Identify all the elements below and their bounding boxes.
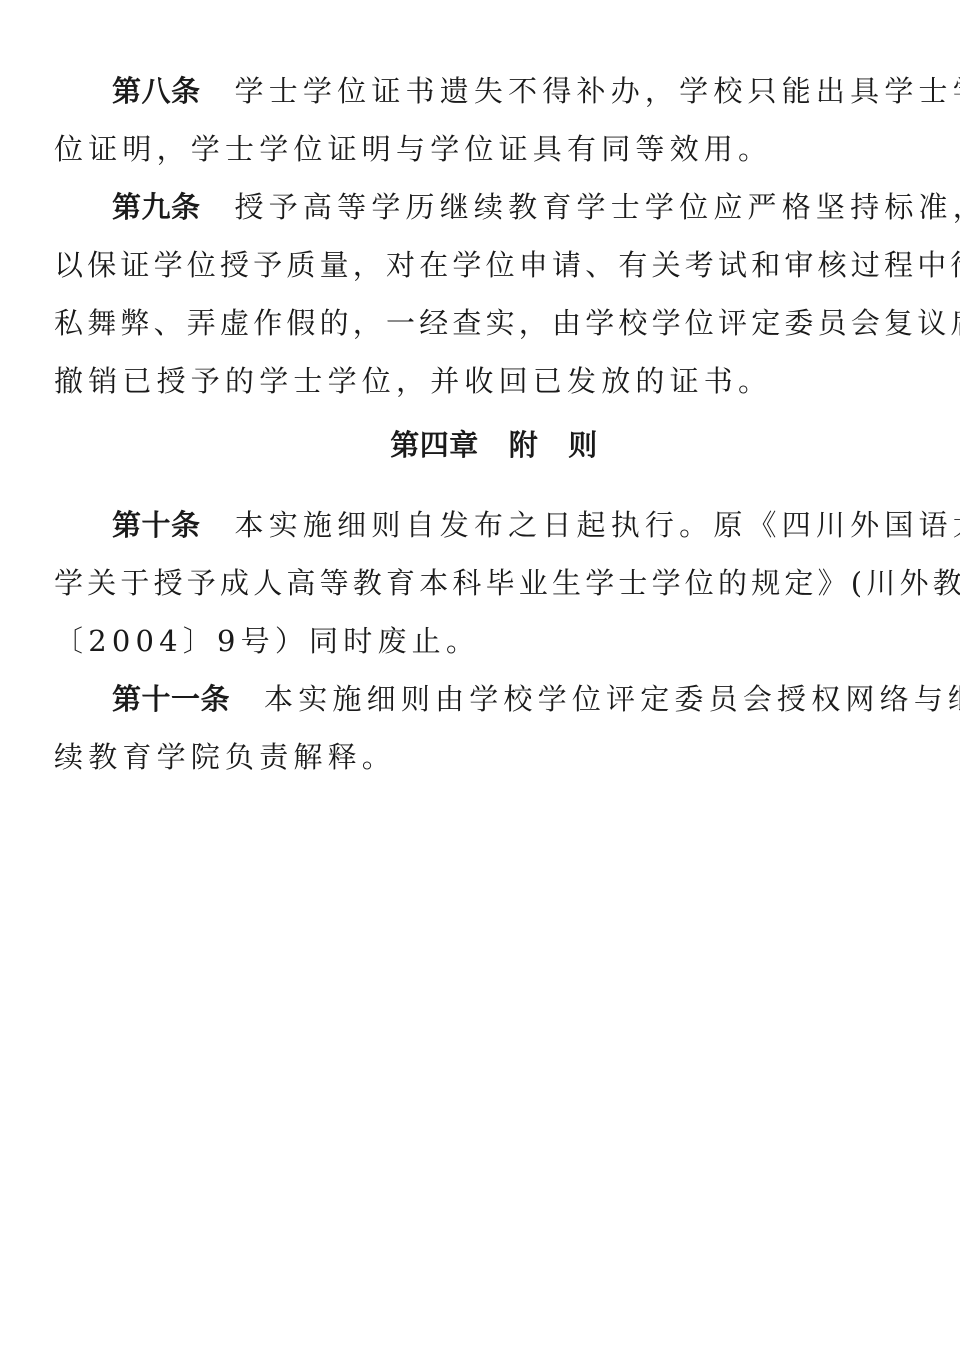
article-9-text-1: 授予高等学历继续教育学士学位应严格坚持标准， [235, 190, 960, 224]
article-9-number: 第九条 [112, 190, 201, 224]
article-8: 第八条学士学位证书遗失不得补办，学校只能出具学士学 位证明，学士学位证明与学位证… [54, 62, 924, 178]
article-10-line-1: 第十条本实施细则自发布之日起执行。原《四川外国语大 [54, 496, 924, 554]
article-10-text-1: 本实施细则自发布之日起执行。原《四川外国语大 [235, 508, 960, 542]
article-8-line-1: 第八条学士学位证书遗失不得补办，学校只能出具学士学 [54, 62, 924, 120]
document-page: 第八条学士学位证书遗失不得补办，学校只能出具学士学 位证明，学士学位证明与学位证… [54, 62, 924, 786]
article-10: 第十条本实施细则自发布之日起执行。原《四川外国语大 学关于授予成人高等教育本科毕… [54, 496, 924, 670]
article-9-line-2: 以保证学位授予质量，对在学位申请、有关考试和审核过程中徇 [54, 236, 924, 294]
article-10-number: 第十条 [112, 508, 201, 542]
article-9-line-3: 私舞弊、弄虚作假的，一经查实，由学校学位评定委员会复议后 [54, 294, 924, 352]
article-11: 第十一条本实施细则由学校学位评定委员会授权网络与继 续教育学院负责解释。 [54, 670, 924, 786]
article-10-line-3: 〔2004〕9号）同时废止。 [54, 612, 924, 670]
article-8-line-2: 位证明，学士学位证明与学位证具有同等效用。 [54, 120, 924, 178]
article-10-line-2: 学关于授予成人高等教育本科毕业生学士学位的规定》(川外教 [54, 554, 924, 612]
article-9-line-4: 撤销已授予的学士学位，并收回已发放的证书。 [54, 352, 924, 410]
article-9: 第九条授予高等学历继续教育学士学位应严格坚持标准， 以保证学位授予质量，对在学位… [54, 178, 924, 410]
chapter-number: 第四章 [390, 428, 479, 462]
article-11-line-1: 第十一条本实施细则由学校学位评定委员会授权网络与继 [54, 670, 924, 728]
article-8-number: 第八条 [112, 74, 201, 108]
article-11-line-2: 续教育学院负责解释。 [54, 728, 924, 786]
article-8-text-1: 学士学位证书遗失不得补办，学校只能出具学士学 [235, 74, 960, 108]
chapter-heading: 第四章附则 [54, 416, 924, 474]
chapter-title-char-1: 附 [509, 428, 539, 462]
article-9-line-1: 第九条授予高等学历继续教育学士学位应严格坚持标准， [54, 178, 924, 236]
chapter-title-char-2: 则 [568, 428, 598, 462]
article-11-text-1: 本实施细则由学校学位评定委员会授权网络与继 [264, 682, 960, 716]
article-11-number: 第十一条 [112, 682, 230, 716]
